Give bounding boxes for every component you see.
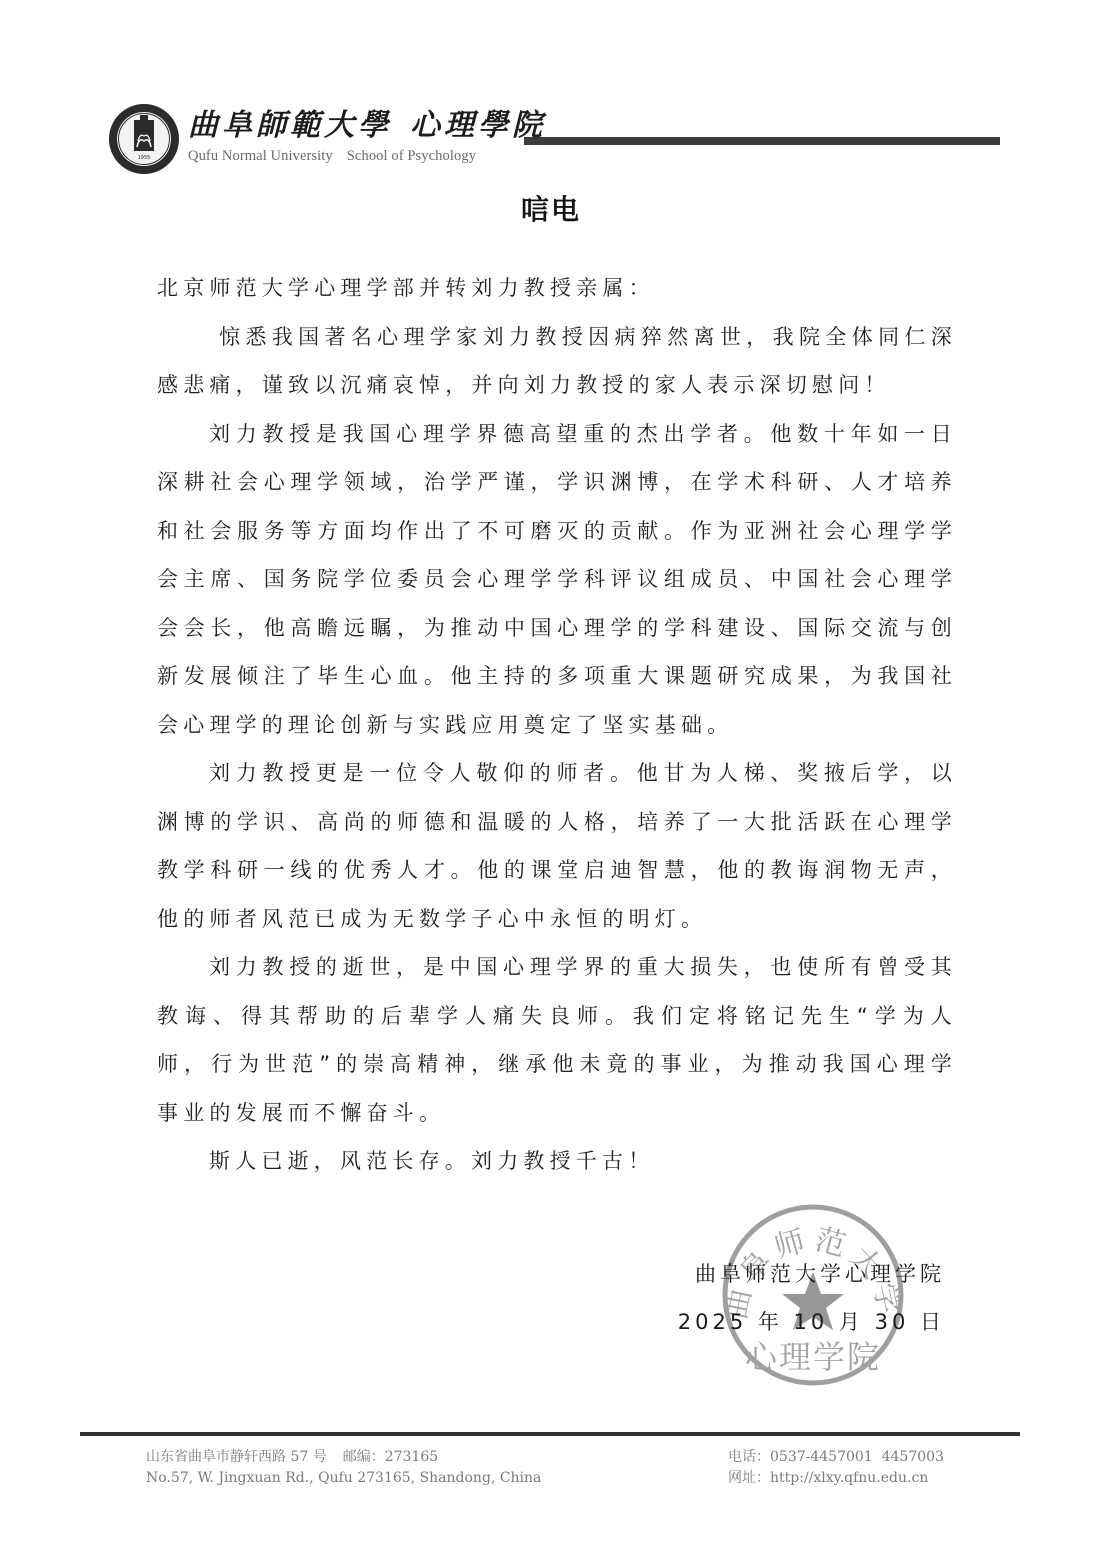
paragraph: 刘力教授更是一位令人敬仰的师者。他甘为人梯、奖掖后学，以渊博的学识、高尚的师德和… <box>157 749 957 943</box>
brand-chinese: 曲阜師範大學心理學院 <box>188 106 546 146</box>
footer-address: 山东省曲阜市静轩西路 57 号邮编：273165 No.57, W. Jingx… <box>146 1447 541 1489</box>
brand-english: Qufu Normal UniversitySchool of Psycholo… <box>188 148 546 165</box>
signature-date: 2025 年 10 月 30 日 <box>678 1298 945 1346</box>
paragraph: 刘力教授的逝世，是中国心理学界的重大损失，也使所有曾受其教诲、得其帮助的后辈学人… <box>157 943 957 1137</box>
signature-organization: 曲阜师范大学心理学院 <box>678 1250 945 1298</box>
header-rule <box>524 137 1000 145</box>
salutation: 北京师范大学心理学部并转刘力教授亲属： <box>157 264 957 313</box>
address-en: No.57, W. Jingxuan Rd., Qufu 273165, Sha… <box>146 1468 541 1489</box>
address-cn: 山东省曲阜市静轩西路 57 号 <box>146 1449 327 1465</box>
postcode-label: 邮编： <box>343 1449 385 1465</box>
phone-label: 电话： <box>728 1449 770 1465</box>
postcode: 273165 <box>385 1449 438 1465</box>
web-label: 网址： <box>728 1470 770 1486</box>
school-name-en: School of Psychology <box>347 148 476 164</box>
footer-rule <box>80 1432 1020 1436</box>
paragraph: 惊悉我国著名心理学家刘力教授因病猝然离世，我院全体同仁深感悲痛，谨致以沉痛哀悼，… <box>157 313 957 410</box>
brand: 曲阜師範大學心理學院 Qufu Normal UniversitySchool … <box>188 106 546 165</box>
paragraph: 斯人已逝，风范长存。刘力教授千古！ <box>157 1137 957 1186</box>
svg-text:1955: 1955 <box>138 155 151 161</box>
letterhead: 1955 曲阜師範大學心理學院 Qufu Normal UniversitySc… <box>0 0 1102 185</box>
university-name-cn: 曲阜師範大學 <box>188 108 392 143</box>
website-link[interactable]: http://xlxy.qfnu.edu.cn <box>770 1470 928 1486</box>
signature-block: 曲阜师范大学心理学院 2025 年 10 月 30 日 <box>678 1250 945 1346</box>
university-name-en: Qufu Normal University <box>188 148 333 164</box>
paragraph: 刘力教授是我国心理学界德高望重的杰出学者。他数十年如一日深耕社会心理学领域，治学… <box>157 410 957 750</box>
footer-contact: 电话：0537-4457001 4457003 网址：http://xlxy.q… <box>728 1447 944 1489</box>
phone: 0537-4457001 4457003 <box>770 1449 944 1465</box>
letter-body: 北京师范大学心理学部并转刘力教授亲属： 惊悉我国著名心理学家刘力教授因病猝然离世… <box>157 264 957 1186</box>
document-title: 唁电 <box>0 188 1102 232</box>
university-seal-logo: 1955 <box>108 103 180 175</box>
